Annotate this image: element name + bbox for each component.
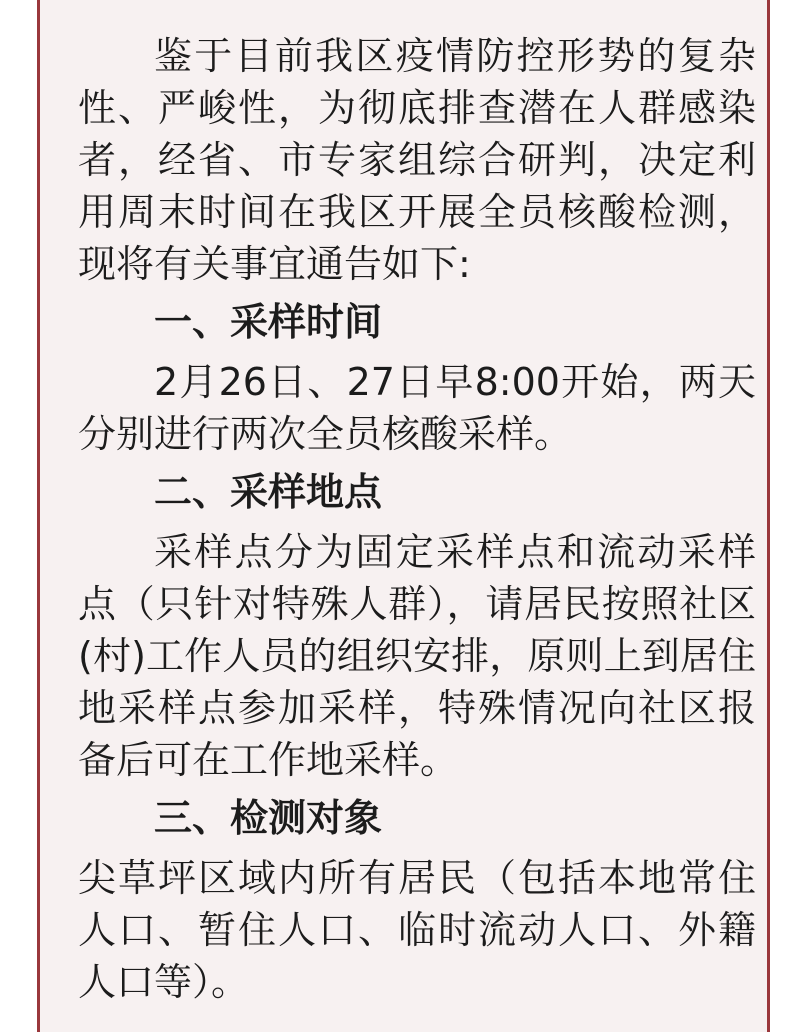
section-1-body: 2月26日、27日早8:00开始，两天分别进行两次全员核酸采样。 xyxy=(78,356,756,460)
section-2-body: 采样点分为固定采样点和流动采样点（只针对特殊人群），请居民按照社区(村)工作人员… xyxy=(78,526,756,786)
section-3-heading: 三、检测对象 xyxy=(78,792,756,844)
intro-paragraph: 鉴于目前我区疫情防控形势的复杂性、严峻性，为彻底排查潜在人群感染者，经省、市专家… xyxy=(78,30,756,290)
right-border-line xyxy=(767,0,770,1032)
section-3-body: 尖草坪区域内所有居民（包括本地常住人口、暂住人口、临时流动人口、外籍人口等）。 xyxy=(78,852,756,1008)
notice-page: 鉴于目前我区疫情防控形势的复杂性、严峻性，为彻底排查潜在人群感染者，经省、市专家… xyxy=(0,0,800,1032)
left-border-line xyxy=(37,0,40,1032)
section-1-heading: 一、采样时间 xyxy=(78,296,756,348)
notice-body-panel: 鉴于目前我区疫情防控形势的复杂性、严峻性，为彻底排查潜在人群感染者，经省、市专家… xyxy=(40,0,767,1032)
section-2-heading: 二、采样地点 xyxy=(78,466,756,518)
